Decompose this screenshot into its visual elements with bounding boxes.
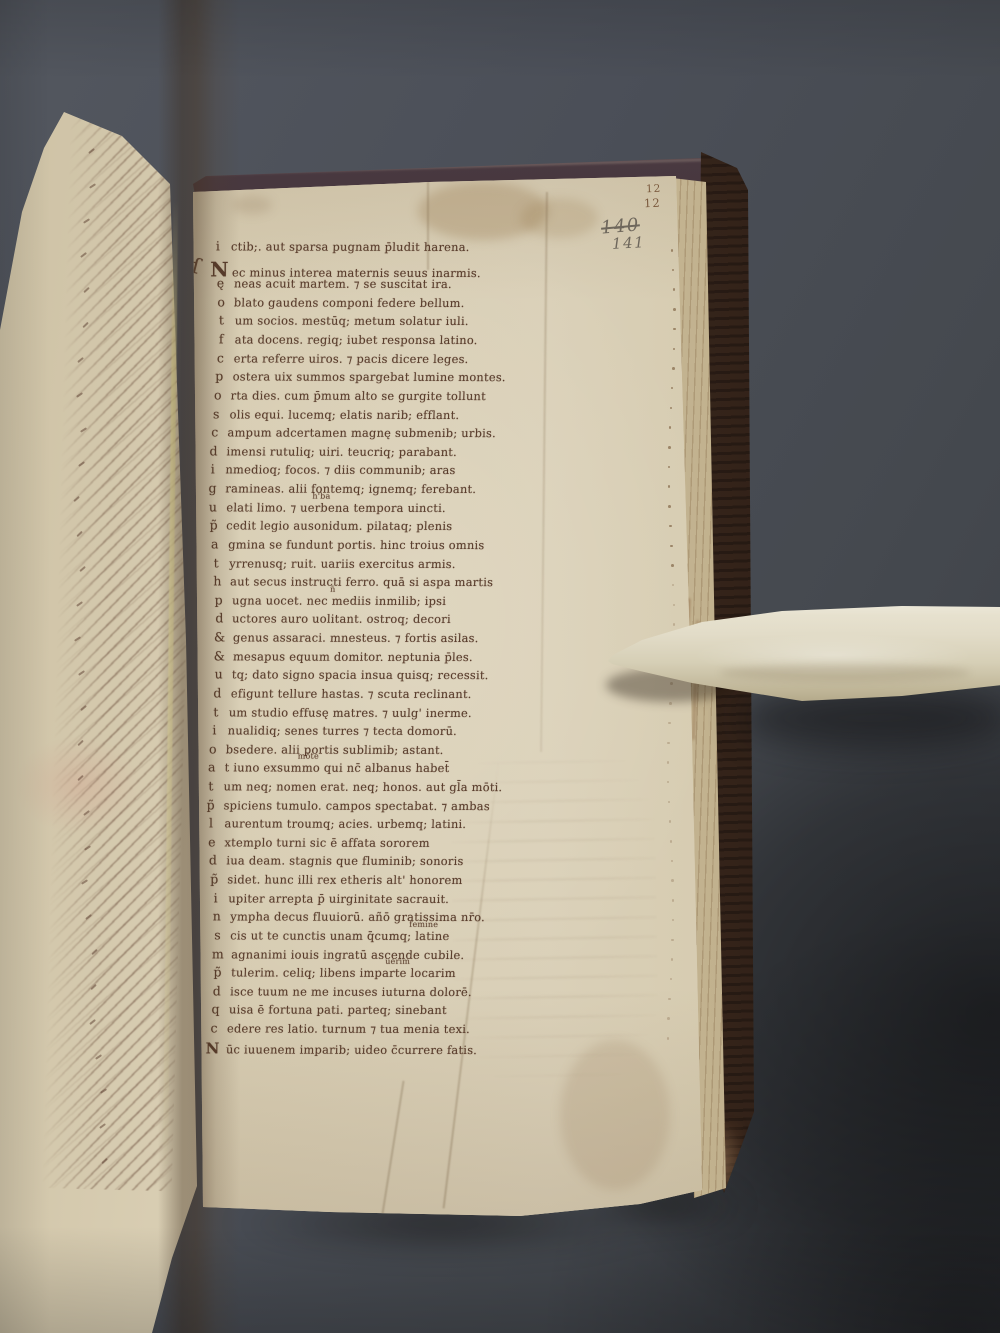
left-page-margin-mark (76, 601, 83, 607)
interlinear-gloss: h'ba (312, 491, 330, 500)
verse-initial: c (208, 350, 234, 365)
pricking-hole (667, 1037, 669, 1040)
verse-initial: f (208, 331, 234, 346)
verse-text: imensi rutuliq; uiri. teucriq; parabant. (226, 444, 457, 459)
verse-text: upiter arrepta p̄ uirginitate sacrauit. (229, 891, 450, 906)
verse-line: oblato gaudens componi federe bellum. (205, 294, 685, 314)
verse-initial: s (205, 927, 231, 942)
pricking-hole (671, 958, 673, 961)
verse-initial: c (201, 1020, 227, 1035)
verse-line: uelati limo. ⁊ uerbena tempora uincti.h'… (204, 499, 684, 519)
left-page-margin-mark (84, 218, 91, 223)
verse-text: cedit legio ausonidum. pilataq; plenis (226, 519, 453, 534)
pricking-hole (667, 761, 669, 764)
left-page-margin-mark (74, 496, 80, 502)
left-page-margin-mark (77, 740, 83, 746)
parchment-stain (418, 182, 548, 240)
page-crease (443, 762, 500, 1209)
verse-line: laurentum troumq; acies. urbemq; latini. (204, 816, 684, 836)
pricking-hole (671, 564, 673, 567)
verse-initial: p̃ (205, 965, 231, 980)
left-page-margin-mark (83, 322, 89, 328)
pricking-hole (672, 584, 674, 587)
verse-line: ictib;. aut sparsa pugnam p̄ludit harena… (205, 238, 685, 258)
pricking-hole (670, 407, 672, 410)
verso-show-through (449, 746, 660, 1080)
verse-line: extemplo turni sic ē affata sororem (203, 834, 683, 854)
verse-line: diua deam. stagnis que fluminib; sonoris (203, 853, 683, 873)
verse-initial: i (205, 238, 231, 253)
verse-initial: ę (208, 276, 234, 291)
pencil-foliation: 141 (612, 233, 646, 253)
verse-text: edere res latio. turnum ⁊ tua menia texi… (227, 1021, 471, 1036)
left-page-margin-mark (76, 531, 82, 537)
left-page-margin-mark (79, 566, 85, 572)
verse-text: blato gaudens componi federe bellum. (234, 295, 465, 310)
verse-line: campum adcertamen magnę submenib; urbis. (205, 425, 685, 445)
left-page-margin-mark (89, 183, 96, 188)
pricking-hole (669, 820, 671, 823)
verse-text: um socios. mestūq; metum solatur iuli. (234, 314, 468, 329)
left-page-edge-highlight (163, 200, 178, 1180)
left-page-margin-mark (81, 880, 88, 885)
verse-initial: d (200, 853, 226, 868)
verse-text: aut secus instructi ferro. quā si aspa m… (230, 575, 494, 590)
verse-line: p̃cedit legio ausonidum. pilataq; plenis (204, 518, 684, 538)
left-page-margin-mark (81, 705, 88, 711)
verse-line: ductores auro uolitant. ostroq; decori (204, 611, 684, 631)
verse-line: p̃sidet. hunc illi rex etheris alt' hono… (203, 871, 683, 891)
pricking-hole (668, 998, 670, 1001)
interlinear-gloss: uerim (385, 957, 410, 966)
verse-initial: u (200, 499, 226, 514)
verse-initial: d (206, 611, 232, 626)
verse-line: Nūc iuuenem imparib; uideo c̄currere fat… (203, 1039, 683, 1059)
left-page-margin-mark (74, 636, 81, 641)
verse-line: certa referre uiros. ⁊ pacis dicere lege… (205, 350, 685, 370)
left-page-margin-mark (78, 462, 85, 468)
verse-line: postera uix summos spargebat lumine mont… (205, 369, 685, 389)
verse-line: haut secus instructi ferro. quā si aspa … (204, 574, 684, 594)
verse-text: nualidiq; senes turres ⁊ tecta domorū. (227, 724, 457, 739)
pricking-hole (668, 505, 670, 508)
verse-line: inmedioq; focos. ⁊ diis communib; aras (204, 462, 684, 482)
left-page-margin-mark (84, 845, 91, 850)
verse-text: um studio effusę matres. ⁊ uulg' inerme. (229, 705, 473, 720)
verse-text: tq; dato signo spacia insua quisq; reces… (231, 668, 488, 683)
verse-text: ata docens. regiq; iubet responsa latino… (234, 333, 477, 348)
left-page-margin-mark (83, 810, 90, 816)
pricking-hole (668, 801, 670, 804)
verse-text: ampum adcertamen magnę submenib; urbis. (228, 426, 497, 441)
folio-number-ink-outer: 12 (646, 183, 662, 196)
verse-initial: t (198, 778, 224, 793)
folio-number-ink: 12 (644, 196, 661, 211)
pricking-hole (671, 249, 673, 252)
verse-line: tyrrenusq; ruit. uariis exercitus armis. (204, 555, 684, 575)
left-page-margin-mark (99, 1123, 106, 1129)
verse-text: ympha decus fluuiorū. añō gratissima nr̄… (230, 910, 485, 925)
pricking-hole (670, 840, 672, 843)
manuscript-photograph: 12 12 140 141 ictib;. aut sparsa pugnam … (0, 0, 1000, 1333)
verse-line: disce tuum ne me incuses iuturna dolorē. (203, 983, 683, 1003)
left-page-margin-mark (95, 1054, 102, 1059)
verse-line: magnanimi iouis ingratū ascende cubile. (203, 946, 683, 966)
pricking-hole (668, 722, 670, 725)
verse-text: efigunt tellure hastas. ⁊ scuta reclinan… (230, 686, 471, 701)
left-page-margin-mark (101, 1158, 107, 1164)
pencil-foliation-struck: 140 (600, 214, 641, 238)
pricking-hole (672, 367, 674, 370)
pricking-hole (673, 348, 675, 351)
verse-initial: i (200, 462, 226, 477)
pricking-hole (673, 623, 675, 626)
verse-initial: o (208, 294, 234, 309)
verse-text: xtemplo turni sic ē affata sororem (225, 835, 431, 850)
verse-text: isce tuum ne me incuses iuturna dolorē. (230, 984, 472, 999)
left-page-margin-mark (78, 775, 84, 781)
verse-text: tulerim. celiq; libens imparte locarim (230, 966, 455, 981)
pricking-hole (669, 702, 671, 705)
pricking-hole (668, 446, 670, 449)
parchment-stain (232, 196, 272, 214)
left-page-text-lines (42, 116, 200, 1191)
verse-line: p̃tulerim. celiq; libens imparte locarim… (203, 965, 683, 985)
left-page-margin-mark (77, 357, 84, 363)
pricking-hole (671, 879, 673, 882)
left-page-margin-mark (83, 287, 89, 293)
verse-text: ugna uocet. nec mediis inmilib; ipsi (231, 593, 446, 608)
verse-initial: p̃ (198, 797, 224, 812)
pricking-hole (667, 1017, 669, 1020)
verse-text: ec minus interea maternis seuus inarmis. (232, 265, 481, 280)
verse-text: ctib;. aut sparsa pugnam p̄ludit harena. (231, 239, 470, 254)
verse-text: uctores auro uolitant. ostroq; decori (232, 612, 451, 627)
verse-text: um neq; nomen erat. neq; honos. aut gl̄a… (224, 779, 503, 794)
verse-text: ramineas. alii fontemq; ignemq; ferebant… (225, 481, 476, 496)
verse-initial: u (206, 667, 232, 682)
verse-text: agnanimi iouis ingratū ascende cubile. (231, 947, 465, 962)
pricking-hole (667, 781, 669, 784)
verse-initial: c (202, 425, 228, 440)
verse-line: ęneas acuit martem. ⁊ se suscitat ira. (205, 276, 685, 296)
verse-line: at iuno exsummo qui nc̄ albanus habet̄mō… (204, 760, 684, 780)
left-page-margin-mark (80, 253, 87, 259)
interlinear-gloss: n̄ (330, 584, 335, 593)
pricking-hole (671, 387, 673, 390)
verse-initial: N (200, 1039, 226, 1057)
pricking-hole (668, 466, 670, 469)
verse-text: mesapus equum domitor. neptunia p̄les. (232, 649, 472, 664)
verse-text: gmina se fundunt portis. hinc troius omn… (228, 537, 485, 552)
verse-initial: m (205, 946, 231, 961)
verse-initial: e (199, 834, 225, 849)
pricking-hole (673, 308, 675, 311)
pricking-hole (669, 525, 671, 528)
verse-initial: s (203, 406, 229, 421)
verse-line: scis ut te cunctis unam q̄cumq; latinefe… (203, 927, 683, 947)
left-page-margin-mark (85, 914, 92, 920)
pricking-hole (673, 604, 675, 607)
verse-text: elati limo. ⁊ uerbena tempora uincti. (226, 500, 446, 515)
verse-initial: t (203, 704, 229, 719)
left-page-margin-mark (90, 984, 96, 990)
verse-text: aurentum troumq; acies. urbemq; latini. (224, 817, 466, 832)
left-page-margin-mark (100, 1089, 107, 1094)
verse-text: t iuno exsummo qui nc̄ albanus habet̄ (225, 761, 450, 776)
verse-initial: n (204, 909, 230, 924)
verse-text: erta referre uiros. ⁊ pacis dicere leges… (233, 351, 468, 366)
verse-initial: p (206, 369, 232, 384)
left-page-margin-mark (91, 949, 97, 955)
left-page-margin-mark (78, 671, 85, 676)
verse-text: neas acuit martem. ⁊ se suscitat ira. (233, 277, 451, 292)
parchment-stain (560, 1040, 670, 1190)
verse-line: agmina se fundunt portis. hinc troius om… (204, 536, 684, 556)
verse-text: sidet. hunc illi rex etheris alt' honore… (227, 872, 463, 887)
pricking-hole (671, 939, 673, 942)
verse-text: bsedere. alii portis sublimib; astant. (226, 742, 444, 757)
verse-text: ūc iuuenem imparib; uideo c̄currere fati… (225, 1042, 477, 1057)
verse-line: tum neq; nomen erat. neq; honos. aut gl̄… (204, 778, 684, 798)
verse-initial: N (206, 257, 232, 281)
verse-text: ostera uix summos spargebat lumine monte… (232, 370, 506, 385)
verse-initial: o (200, 741, 226, 756)
left-page-margin-mark (89, 1019, 96, 1025)
verse-initial: a (199, 760, 225, 775)
pricking-hole (672, 919, 674, 922)
page-crease (540, 192, 548, 752)
verse-line: &genus assaraci. mnesteus. ⁊ fortis asil… (204, 629, 684, 649)
paragraph-flourish: ſ (189, 253, 203, 278)
pricking-hole (668, 485, 670, 488)
verse-initial: t (209, 313, 235, 328)
left-page-margin-mark (76, 392, 83, 397)
verse-line: p̃spiciens tumulo. campos spectabat. ⁊ a… (204, 797, 684, 817)
verse-initial: p̃ (201, 871, 227, 886)
left-page-margin-mark (88, 148, 95, 154)
verse-text: yrrenusq; ruit. uariis exercitus armis. (229, 556, 456, 571)
verse-initial: t (203, 555, 229, 570)
pricking-hole (667, 742, 669, 745)
verse-line: nympha decus fluuiorū. añō gratissima nr… (203, 909, 683, 929)
pricking-hole (671, 860, 673, 863)
verse-line: pugna uocet. nec mediis inmilib; ipsin̄ (204, 592, 684, 612)
verse-line: solis equi. lucemq; elatis narib; efflan… (205, 406, 685, 426)
verse-initial: h (205, 574, 231, 589)
verse-line: iupiter arrepta p̄ uirginitate sacrauit. (203, 890, 683, 910)
verse-line: fata docens. regiq; iubet responsa latin… (205, 331, 685, 351)
interlinear-gloss: femine (409, 920, 438, 929)
verse-initial: p̃ (201, 518, 227, 533)
verse-text: spiciens tumulo. campos spectabat. ⁊ amb… (224, 798, 491, 813)
left-page-margin-mark (80, 427, 87, 432)
verse-line: ſNec minus interea maternis seuus inarmi… (205, 257, 685, 277)
verse-initial: d (201, 443, 227, 458)
pricking-hole (669, 426, 671, 429)
pricking-hole (673, 288, 675, 291)
verse-text: olis equi. lucemq; elatis narib; efflant… (229, 407, 459, 422)
verse-line: quisa ē fortuna pati. parteq; sinebant (203, 1002, 683, 1022)
interlinear-gloss: mōte (298, 752, 319, 761)
verse-initial: l (198, 816, 224, 831)
verse-line: dimensi rutuliq; uiri. teucriq; parabant… (205, 443, 685, 463)
pricking-hole (670, 545, 672, 548)
verse-line: obsedere. alii portis sublimib; astant. (204, 741, 684, 761)
page-crease (427, 180, 429, 270)
verse-initial: g (200, 480, 226, 495)
verse-initial: & (206, 648, 232, 663)
verse-text: iua deam. stagnis que fluminib; sonoris (226, 854, 464, 869)
pricking-hole (672, 269, 674, 272)
verse-initial: i (201, 722, 227, 737)
verse-line: inualidiq; senes turres ⁊ tecta domorū. (204, 722, 684, 742)
verse-initial: o (205, 387, 231, 402)
page-crease (381, 1081, 404, 1215)
verse-text: cis ut te cunctis unam q̄cumq; latine (230, 928, 450, 943)
verse-text: genus assaraci. mnesteus. ⁊ fortis asila… (232, 630, 478, 645)
verse-initial: & (207, 629, 233, 644)
parchment-stain (520, 198, 598, 238)
verse-text: rta dies. cum p̄mum alto se gurgite toll… (231, 388, 487, 403)
verse-initial: a (202, 536, 228, 551)
verse-line: tum socios. mestūq; metum solatur iuli. (205, 313, 685, 333)
verse-text: uisa ē fortuna pati. parteq; sinebant (228, 1003, 446, 1018)
verse-line: orta dies. cum p̄mum alto se gurgite tol… (205, 387, 685, 407)
pricking-hole (672, 899, 674, 902)
verse-line: tum studio effusę matres. ⁊ uulg' inerme… (204, 704, 684, 724)
verse-initial: d (204, 685, 230, 700)
verse-line: cedere res latio. turnum ⁊ tua menia tex… (203, 1020, 683, 1040)
pricking-hole (673, 328, 675, 331)
verse-initial: d (204, 983, 230, 998)
verse-initial: q (203, 1002, 229, 1017)
verse-initial: p (206, 592, 232, 607)
pricking-hole (670, 978, 672, 981)
verse-line: gramineas. alii fontemq; ignemq; fereban… (204, 480, 684, 500)
verse-initial: i (203, 890, 229, 905)
verse-text: nmedioq; focos. ⁊ diis communib; aras (226, 463, 457, 478)
